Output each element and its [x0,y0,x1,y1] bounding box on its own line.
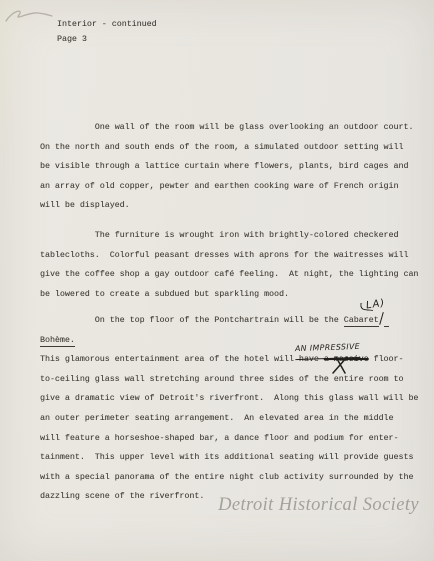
editor-x-mark [330,356,352,374]
scanned-document-page: Interior - continuedPage 3 One wall of t… [0,0,434,561]
header-page-number: Page 3 [57,32,157,47]
watermark: Detroit Historical Society [218,495,419,516]
p3-remaining-text: to-ceiling glass wall stretching around … [40,375,418,502]
paragraph-outdoor-court: One wall of the room will be glass overl… [40,118,422,216]
page-header: Interior - continuedPage 3 [57,17,157,47]
cabaret-underlined-word: Cabaret [344,316,379,327]
paragraph-cabaret-boheme: On the top floor of the Pontchartrain wi… [40,311,422,507]
handwritten-insertion-la: LA) [364,294,386,316]
p3-line1-text: On the top floor of the Pontchartrain wi… [40,316,344,325]
pencil-scribble-mark [3,4,55,28]
header-section-title: Interior - continued [57,17,157,32]
p3-line2-text: This glamorous entertainment area of the… [40,355,324,364]
insertion-point: LA) [379,311,384,331]
edited-phrase: a massiveAN IMPRESSIVE [324,350,369,370]
p3-line2-end: floor- [369,355,404,364]
paragraph-furniture: The furniture is wrought iron with brigh… [40,226,422,304]
